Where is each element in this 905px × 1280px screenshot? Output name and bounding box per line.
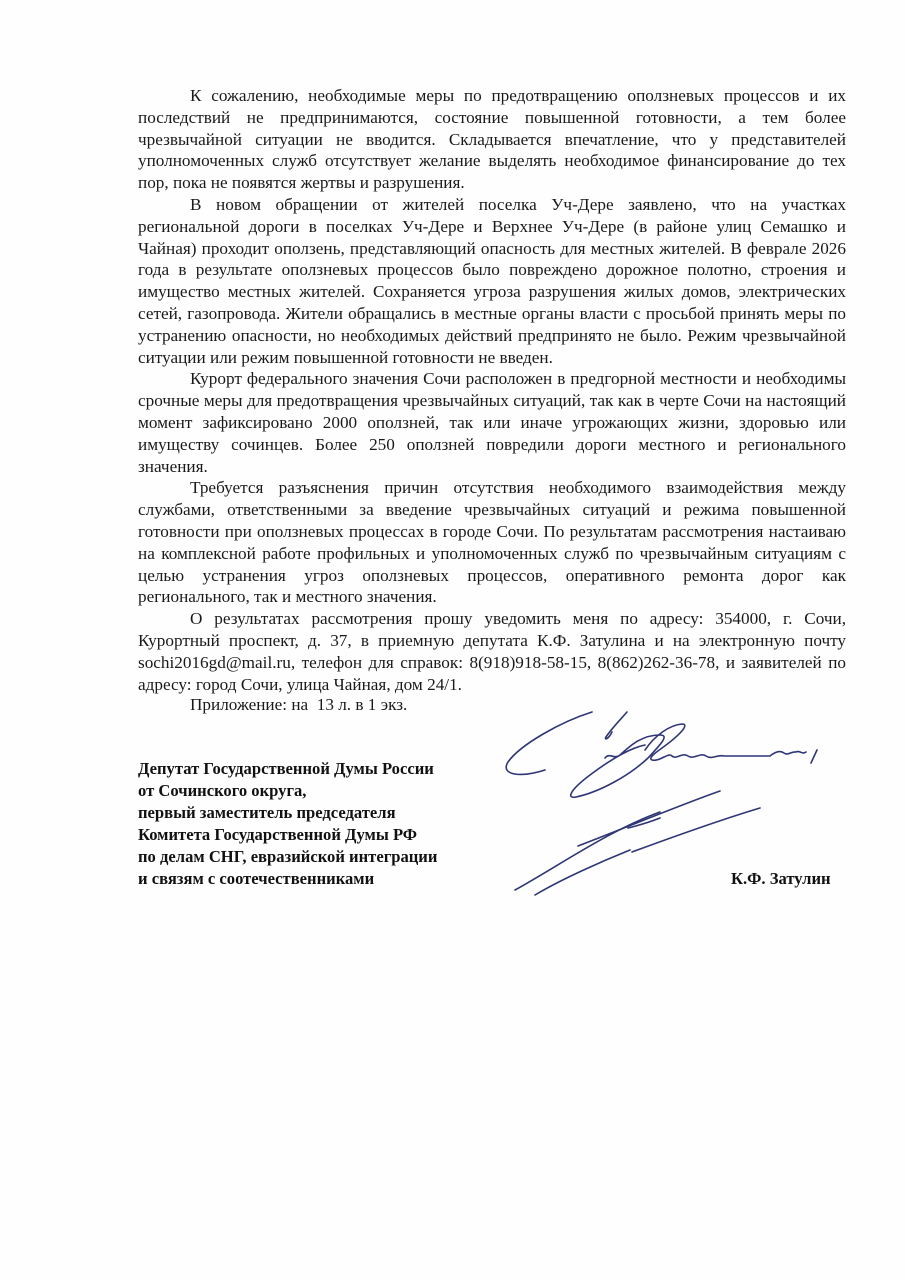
signatory-title-line: и связям с соотечественниками [138,868,437,890]
signatory-title-line: по делам СНГ, евразийской интеграции [138,846,437,868]
paragraph-landslide-measures: К сожалению, необходимые меры по предотв… [138,85,846,194]
signatory-title-line: от Сочинского округа, [138,780,437,802]
signer-name: К.Ф. Затулин [731,868,831,890]
paragraph-uch-dere-appeal: В новом обращении от жителей поселка Уч-… [138,194,846,368]
document-page: К сожалению, необходимые меры по предотв… [0,0,905,1280]
signatory-title-line: первый заместитель председателя [138,802,437,824]
paragraph-contact-info: О результатах рассмотрения прошу уведоми… [138,608,846,695]
signatory-title-line: Комитета Государственной Думы РФ [138,824,437,846]
paragraph-clarification-request: Требуется разъяснения причин отсутствия … [138,477,846,608]
attachment-note: Приложение: на 13 л. в 1 экз. [190,694,407,716]
signatory-title-block: Депутат Государственной Думы России от С… [138,758,437,889]
paragraph-sochi-resort: Курорт федерального значения Сочи распол… [138,368,846,477]
letter-body: К сожалению, необходимые меры по предотв… [138,85,846,695]
signatory-title-line: Депутат Государственной Думы России [138,758,437,780]
